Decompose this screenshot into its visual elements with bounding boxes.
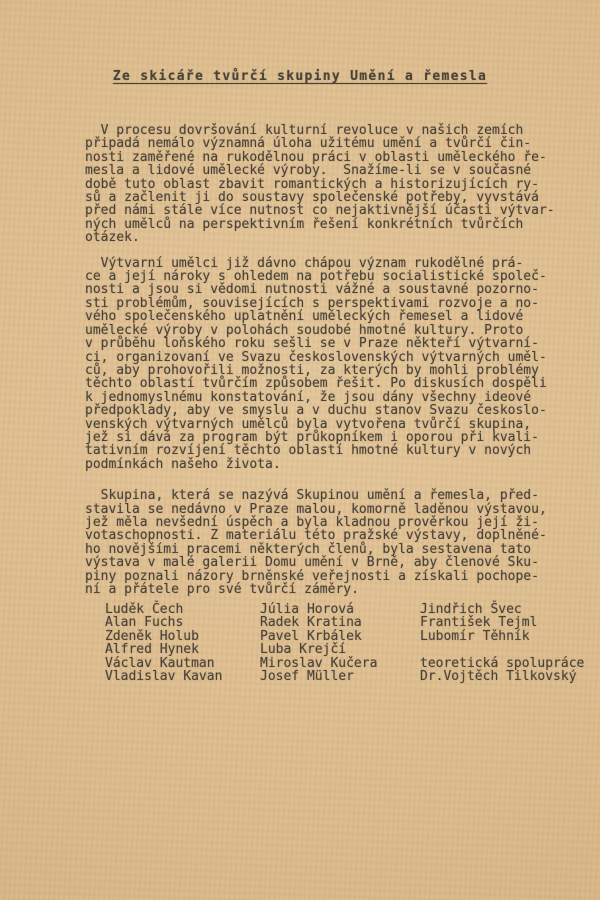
credit-name: Dr.Vojtěch Tilkovský xyxy=(420,670,600,683)
text-line: Skupina, která se nazývá Skupinou umění … xyxy=(85,489,565,502)
credit-name xyxy=(420,643,600,656)
text-line: mesla a lidové umělecké výroby. Snažíme-… xyxy=(85,164,565,177)
text-line: předpoklady, aby ve smyslu a v duchu sta… xyxy=(85,404,565,417)
document-body: V procesu dovršování kulturní revoluce v… xyxy=(85,124,565,596)
text-line: nosti a jsou si vědomi nutnosti vážné a … xyxy=(85,283,565,296)
credits-column-3: Jindřich ŠvecFrantišek TejmlLubomír Těhn… xyxy=(420,603,600,683)
paragraph-1: V procesu dovršování kulturní revoluce v… xyxy=(85,124,565,245)
credits-column-2: Júlia HorováRadek KratinaPavel KrbálekLu… xyxy=(260,603,420,683)
text-line: před námi stále více nutnost co nejaktiv… xyxy=(85,204,565,217)
text-line: votaschopnosti. Z materiálu této pražské… xyxy=(85,529,565,542)
credit-name: Luba Krejčí xyxy=(260,643,420,656)
credit-name: Radek Kratina xyxy=(260,616,420,629)
credits-section: Luděk ČechAlan FuchsZdeněk HolubAlfred H… xyxy=(105,603,600,683)
credit-name: Josef Müller xyxy=(260,670,420,683)
paper-sheet: Ze skicáře tvůrčí skupiny Umění a řemesl… xyxy=(0,0,600,900)
text-line: podmínkách našeho života. xyxy=(85,458,565,471)
text-line: připadá nemálo významná úloha užitému um… xyxy=(85,137,565,150)
credits-column-1: Luděk ČechAlan FuchsZdeněk HolubAlfred H… xyxy=(105,603,260,683)
text-line: venských výtvarných umělců byla vytvořen… xyxy=(85,418,565,431)
text-line: ných umělců na perspektivním řešení konk… xyxy=(85,218,565,231)
text-line: ci, organizovaní ve Svazu československý… xyxy=(85,351,565,364)
credit-name: Lubomír Těhník xyxy=(420,630,600,643)
paragraph-3: Skupina, která se nazývá Skupinou umění … xyxy=(85,489,565,596)
text-line: vého společenského uplatnění uměleckých … xyxy=(85,310,565,323)
paragraph-2: Výtvarní umělci již dávno chápou význam … xyxy=(85,257,565,472)
credit-name: František Tejml xyxy=(420,616,600,629)
text-line: výstava v malé galerii Domu umění v Brně… xyxy=(85,556,565,569)
text-line: v průběhu loňského roku sešli se v Praze… xyxy=(85,337,565,350)
text-line: otázek. xyxy=(85,231,565,244)
document-title: Ze skicáře tvůrčí skupiny Umění a řemesl… xyxy=(0,69,600,84)
text-line: těchto oblastí tvůrčím způsobem řešit. P… xyxy=(85,377,565,390)
text-line: piny poznali názory brněnské veřejnosti … xyxy=(85,570,565,583)
text-line: tativním rozvíjení těchto oblastí hmotné… xyxy=(85,444,565,457)
credit-name: Alan Fuchs xyxy=(105,616,260,629)
text-line: stavila se nedávno v Praze malou, komorn… xyxy=(85,503,565,516)
credit-name: Vladislav Kavan xyxy=(105,670,260,683)
credit-name: Alfred Hynek xyxy=(105,643,260,656)
text-line: ní a přátele pro své tvůrčí záměry. xyxy=(85,583,565,596)
